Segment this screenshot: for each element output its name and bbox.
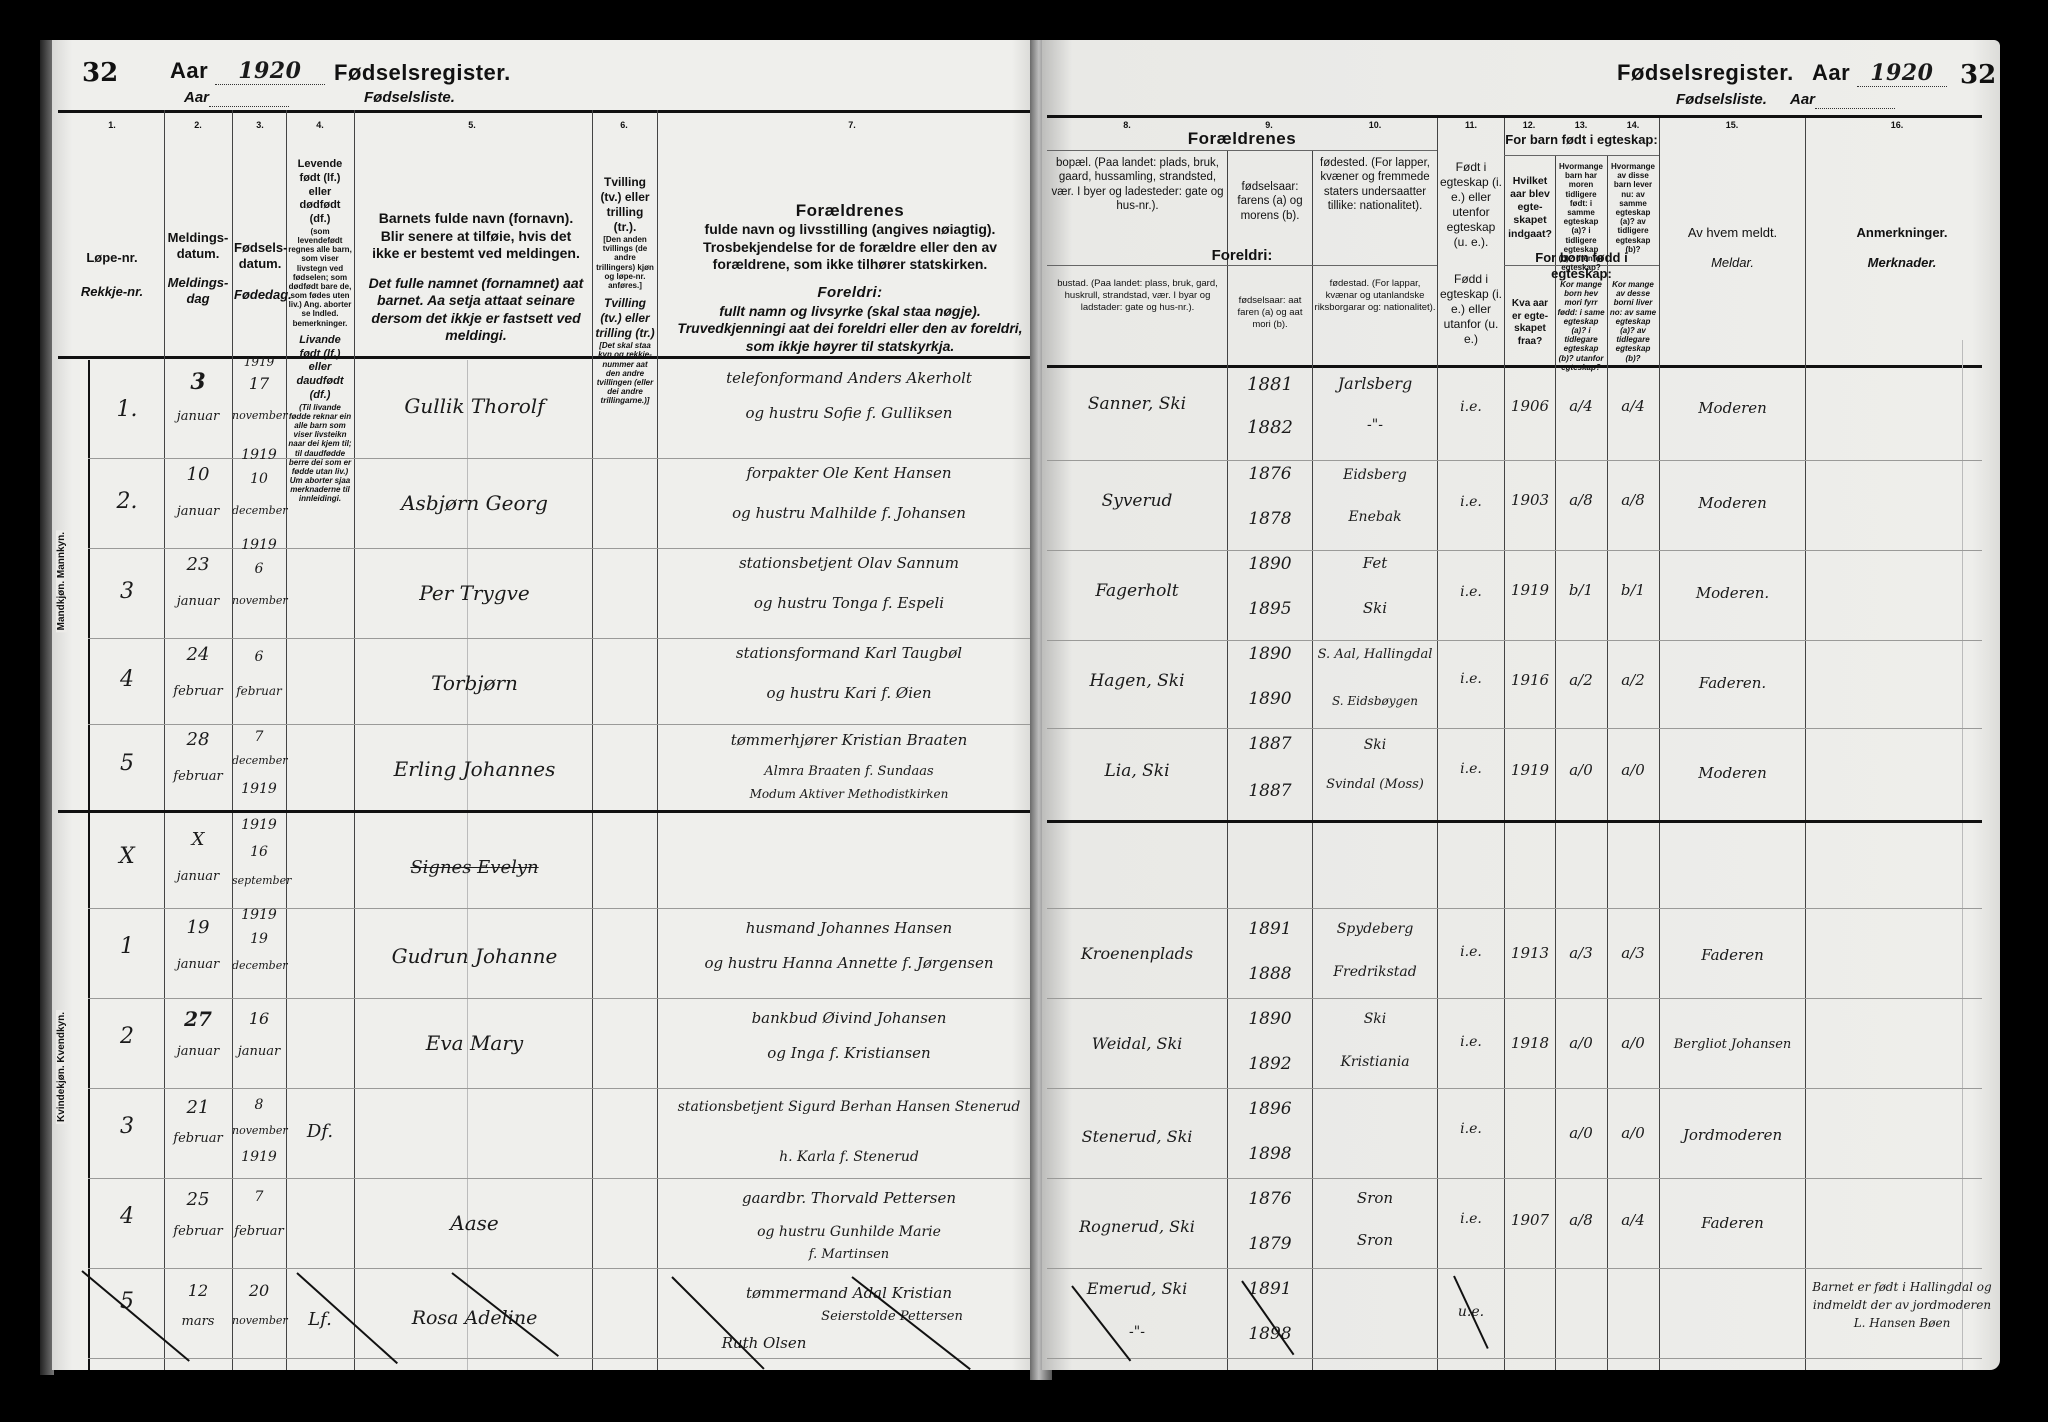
- col-fodselsdatum-header: Fødsels-datum. Fødedag.: [234, 240, 286, 303]
- page-number-left: 32: [82, 58, 118, 88]
- header-bottom-rule: [58, 356, 1042, 359]
- egteskap-heading: For barn født i egteskap:: [1504, 132, 1659, 148]
- col-bustad-header: bustad. (Paa landet: plass, bruk, gard, …: [1050, 278, 1225, 314]
- section-divider-right: [1047, 820, 1982, 823]
- col-twin-header: Tvilling (tv.) eller trilling (tr.). [De…: [595, 175, 655, 405]
- col-fodselsaar-alt: fødselsaar: aat faren (a) og aat mori (b…: [1229, 295, 1311, 331]
- foreldri-heading: Foreldri:: [1047, 247, 1437, 266]
- subtitle-aar-right: Aar: [1790, 91, 1895, 109]
- col-lope-nr-header: Løpe-nr. Rekkje-nr.: [62, 250, 162, 301]
- col-parents-header: Forældrenes fulde navn og livsstilling (…: [670, 200, 1030, 355]
- year-field-right: 1920: [1857, 60, 1947, 87]
- remarks-note: Barnet er født i Hallingdal og indmeldt …: [1807, 1278, 1997, 1332]
- subtitle-aar: Aar: [184, 89, 289, 107]
- col-wedlock-header: Født i egteskap (i. e.) eller utenfor eg…: [1439, 160, 1503, 250]
- forældrenes-heading: Forældrenes: [1047, 128, 1437, 149]
- col-marriage-year-alt: Kva aar er egte-skapet fraa?: [1506, 298, 1554, 348]
- col-wedlock-alt: Fødd i egteskap (i. e.) eller utanfor (u…: [1439, 272, 1503, 347]
- col-lf-df-header: Levende født (lf.) eller dødfødt (df.) (…: [288, 158, 352, 504]
- register-subtitle: Fødselsliste.: [364, 89, 455, 106]
- col-living-children-alt: Kor mange av desse borni liver no: av sa…: [1608, 280, 1658, 363]
- header-top-rule-right: [1047, 115, 1982, 118]
- register-subtitle-right: Fødselsliste.: [1676, 91, 1767, 108]
- header-top-rule: [58, 110, 1042, 113]
- col-fodested-header: fødested. (For lapper, kvæner og fremmed…: [1314, 156, 1436, 214]
- col-child-name-header: Barnets fulde navn (fornavn). Blir sener…: [366, 210, 586, 345]
- col-living-children-header: Hvormange av disse barn lever nu: av sam…: [1608, 162, 1658, 254]
- col-fodselsaar-header: fødselsaar: farens (a) og morens (b).: [1229, 180, 1311, 223]
- col-fodestad-alt: fødestad. (For lappar, kvænar og utanlan…: [1314, 278, 1436, 314]
- left-page: 32 Aar 1920 Fødselsregister. Aar Fødsels…: [52, 40, 1042, 1370]
- section-divider: [58, 810, 1042, 813]
- register-title-right: Fødselsregister.: [1617, 60, 1794, 86]
- col-prev-children-header: Hvormange barn har moren tidligere født:…: [1556, 162, 1606, 272]
- year-field: 1920: [215, 58, 325, 85]
- right-page: Fødselsregister. Aar 1920 32 Fødselslist…: [1042, 40, 2000, 1370]
- register-title: Fødselsregister.: [334, 60, 511, 86]
- col-bopael-header: bopæl. (Paa landet: plads, bruk, gaard, …: [1050, 156, 1225, 214]
- right-title-year: Aar 1920: [1812, 60, 1947, 87]
- header-bottom-rule-right: [1047, 365, 1982, 368]
- section-label-boys: Mandkjøn. Mannkyn.: [56, 530, 67, 632]
- col-remarks-header: Anmerkninger. Merknader.: [1807, 225, 1997, 272]
- left-title-year: Aar 1920: [170, 58, 325, 85]
- section-label-girls: Kvindekjøn. Kvendkyn.: [56, 1010, 67, 1124]
- page-number-right: 32: [1960, 60, 1996, 90]
- col-prev-children-alt: Kor mange born hev mori fyrr fødd: i sam…: [1556, 280, 1606, 372]
- col-marriage-year-header: Hvilket aar blev egte-skapet indgaat?: [1506, 175, 1554, 241]
- col-meldingsdatum-header: Meldings-datum. Meldings-dag: [166, 230, 230, 307]
- col-reported-by-header: Av hvem meldt. Meldar.: [1661, 225, 1804, 272]
